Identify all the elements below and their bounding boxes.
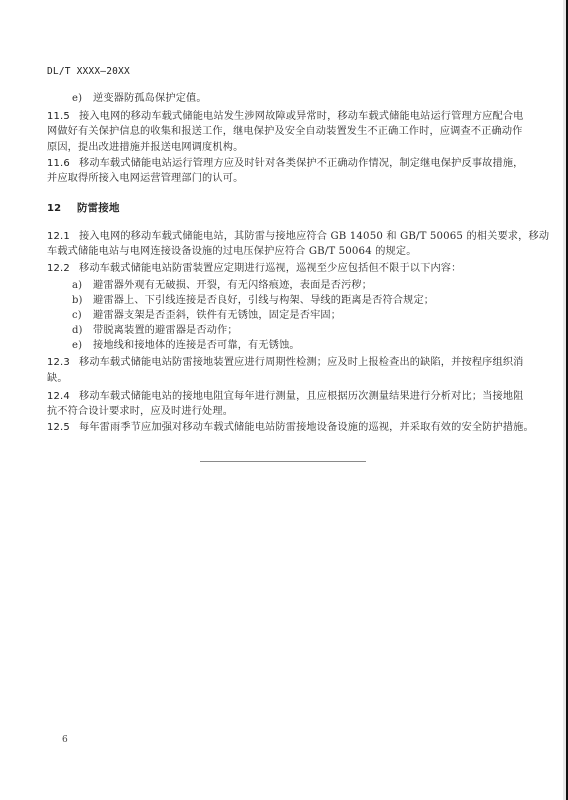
list-item-text: 避雷器外观有无破损、开裂，有无闪络痕迹，表面是否污秽； (93, 280, 372, 291)
clause-12-1-line-1: 12.1接入电网的移动车载式储能电站，其防雷与接地应符合 GB 14050 和 … (47, 229, 517, 244)
list-marker: c) (72, 308, 93, 323)
section-title: 防雷接地 (77, 202, 120, 214)
document-page: DL/T XXXX—20XX e)逆变器防孤岛保护定值。 11.5接入电网的移动… (0, 0, 566, 800)
clause-12-3-line-1: 12.3移动车载式储能电站防雷接地装置应进行周期性检测；应及时上报检查出的缺陷，… (47, 355, 517, 370)
list-marker: e) (72, 338, 93, 353)
clause-12-1-line-2: 车载式储能电站与电网连接设备设施的过电压保护应符合 GB/T 50064 的规定… (47, 244, 517, 259)
clause-12-2-line-1: 12.2移动车载式储能电站防雷装置应定期进行巡视，巡视至少应包括但不限于以下内容… (47, 261, 517, 276)
list-marker: d) (72, 323, 93, 338)
clause-12-3-line-2: 缺。 (47, 371, 517, 386)
list-item-12-2-e: e)接地线和接地体的连接是否可靠，有无锈蚀。 (72, 338, 542, 353)
list-item-text: 避雷器上、下引线连接是否良好，引线与构架、导线的距离是否符合规定； (93, 295, 434, 306)
list-item-text: 接地线和接地体的连接是否可靠，有无锈蚀。 (93, 340, 300, 351)
clause-text: 移动车载式储能电站的接地电阻宜每年进行测量，且应根据历次测量结果进行分析对比；当… (79, 391, 524, 402)
clause-number: 12.3 (47, 355, 79, 370)
clause-number: 12.2 (47, 261, 79, 276)
clause-11-5-line-3: 原因，提出改进措施并报送电网调度机构。 (47, 140, 517, 155)
section-number: 12 (47, 201, 77, 216)
list-item-text: 避雷器支架是否歪斜，铁件有无锈蚀，固定是否牢固； (93, 310, 341, 321)
clause-number: 12.1 (47, 229, 79, 244)
list-item-text: 带脱离装置的避雷器是否动作； (93, 325, 238, 336)
clause-12-5-line-1: 12.5每年雷雨季节应加强对移动车载式储能电站防雷接地设备设施的巡视，并采取有效… (47, 420, 517, 435)
list-marker: b) (72, 293, 93, 308)
list-item-12-2-b: b)避雷器上、下引线连接是否良好，引线与构架、导线的距离是否符合规定； (72, 293, 542, 308)
clause-12-4-line-2: 抗不符合设计要求时，应及时进行处理。 (47, 404, 517, 419)
list-item-text: 逆变器防孤岛保护定值。 (93, 93, 207, 104)
clause-12-4-line-1: 12.4移动车载式储能电站的接地电阻宜每年进行测量，且应根据历次测量结果进行分析… (47, 389, 517, 404)
clause-text: 接入电网的移动车载式储能电站，其防雷与接地应符合 GB 14050 和 GB/T… (79, 231, 549, 242)
clause-11-6-line-1: 11.6移动车载式储能电站运行管理方应及时针对各类保护不正确动作情况，制定继电保… (47, 156, 517, 171)
clause-number: 12.5 (47, 420, 79, 435)
list-marker: e) (72, 91, 93, 106)
list-item-12-2-c: c)避雷器支架是否歪斜，铁件有无锈蚀，固定是否牢固； (72, 308, 542, 323)
clause-text: 接入电网的移动车载式储能电站发生涉网故障或异常时，移动车载式储能电站运行管理方应… (79, 111, 524, 122)
clause-text: 移动车载式储能电站防雷装置应定期进行巡视，巡视至少应包括但不限于以下内容： (79, 263, 461, 274)
clause-11-6-line-2: 并应取得所接入电网运营管理部门的认可。 (47, 171, 517, 186)
section-12-heading: 12防雷接地 (47, 201, 517, 216)
clause-text: 移动车载式储能电站防雷接地装置应进行周期性检测；应及时上报检查出的缺陷，并按程序… (79, 357, 524, 368)
list-marker: a) (72, 278, 93, 293)
document-code-header: DL/T XXXX—20XX (47, 66, 130, 77)
clause-number: 11.6 (47, 156, 79, 171)
clause-11-5-line-2: 网做好有关保护信息的收集和报送工作，继电保护及安全自动装置发生不正确工作时，应调… (47, 124, 517, 139)
list-item-12-2-a: a)避雷器外观有无破损、开裂，有无闪络痕迹，表面是否污秽； (72, 278, 542, 293)
clause-text: 每年雷雨季节应加强对移动车载式储能电站防雷接地设备设施的巡视，并采取有效的安全防… (79, 422, 534, 433)
clause-11-5-line-1: 11.5接入电网的移动车载式储能电站发生涉网故障或异常时，移动车载式储能电站运行… (47, 109, 517, 124)
clause-number: 12.4 (47, 389, 79, 404)
clause-number: 11.5 (47, 109, 79, 124)
end-separator-line (200, 461, 366, 462)
list-item-12-2-d: d)带脱离装置的避雷器是否动作； (72, 323, 542, 338)
list-item-11-e: e)逆变器防孤岛保护定值。 (72, 91, 542, 106)
clause-text: 移动车载式储能电站运行管理方应及时针对各类保护不正确动作情况，制定继电保护反事故… (79, 158, 524, 169)
page-number: 6 (62, 735, 68, 745)
